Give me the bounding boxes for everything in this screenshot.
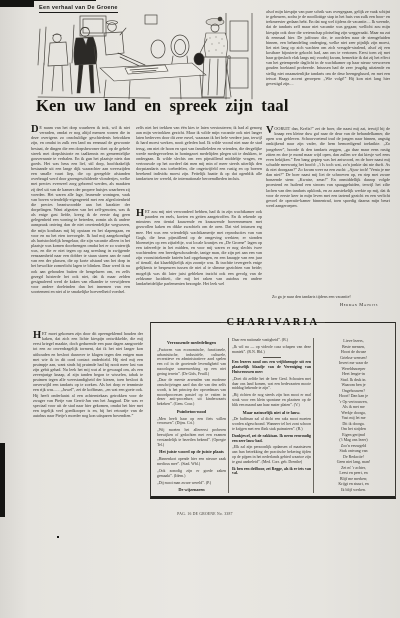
charivaria-quote: „Binnenkort opende hier een nieuwe zaak …: [157, 457, 226, 467]
charivaria-title: CHARIVARIA: [221, 317, 324, 328]
charivaria-quote: „De buffman zal al dicht een raks mooi m…: [232, 417, 311, 431]
article-col3-para2: VOORUIT dan, Krelis!” zei de boer, die n…: [266, 126, 390, 292]
column-divider: [228, 338, 229, 493]
charivaria-quote: „Daar de meeste arsenalen van moderne om…: [157, 378, 226, 407]
charivaria-col-2: Daar een nationale vastigheid”. (B.)„Ik …: [232, 338, 311, 493]
charivaria-quote: „Wij moeten het allereerst proberen bezw…: [157, 428, 226, 447]
scan-line-top: [0, 0, 96, 1]
charivaria-heading: Verrassende mededelingen: [157, 341, 226, 346]
charivaria-quote: „Factoren van economische, functionele, …: [157, 348, 226, 377]
paragraph-text: alsof mijn kiespijn van pure schrik was …: [266, 9, 390, 86]
newspaper-page: Een verhaal van De Groene: [0, 0, 400, 618]
scan-bar-left: [0, 443, 5, 517]
charivaria-heading: De wijzenaren: [157, 488, 226, 493]
charivaria-quote: Daar een nationale vastigheid”. (B.): [232, 338, 311, 343]
charivaria-heading: Puinbeton-nood: [157, 410, 226, 415]
article-col3-para1: alsof mijn kiespijn van pure schrik was …: [266, 9, 390, 123]
paragraph-text: ET moet gekomen zijn door dit opeengekle…: [33, 331, 143, 418]
charivaria-rule: [263, 357, 281, 358]
scan-speck: [57, 536, 59, 538]
title-rule-left: [151, 322, 221, 323]
charivaria-comment: Ik ben een drilboor, zei Regge, als ik e…: [232, 467, 311, 477]
poem-line: Ik blijf werken.: [317, 487, 390, 493]
charivaria-comment: Een lezeres zond ons een vrijbloempje ui…: [232, 360, 311, 374]
column-divider: [313, 338, 314, 493]
charivaria-col-1: Verrassende mededelingen„Factoren van ec…: [157, 338, 226, 493]
page-footer: PAG. 16 DE GROENE No. 3387: [150, 512, 260, 516]
paragraph-text: zelfs niet het trekken van één kies te l…: [136, 125, 262, 181]
article-signature: Herman Maiwits: [266, 302, 378, 307]
article-col2-para1: zelfs niet het trekken van één kies te l…: [136, 125, 262, 206]
article-col1-para1: DE naam van het dorp waarheen ik trok, w…: [31, 125, 130, 327]
paragraph-text: ET zou mij niet verwonderd hebben, had i…: [136, 209, 262, 286]
charivaria-box: CHARIVARIA Verrassende mededelingen„Fact…: [150, 322, 396, 499]
dropcap-initial: H: [136, 209, 145, 219]
charivaria-quote: „Ik wil na — op videole casa schapen van…: [232, 345, 311, 355]
masthead-label: Een verhaal van De Groene: [39, 5, 118, 13]
ink-blot-top-left: [0, 0, 34, 7]
charivaria-quote: „Doet dit zelfde het de heer Genl. Schou…: [232, 377, 311, 391]
charivaria-comment: Dankjewel, zei de rakkisan. Ik neem eenv…: [232, 434, 311, 444]
charivaria-heading: Het juiste woord op de juiste plaats: [157, 450, 226, 455]
paragraph-text: E naam van het dorp waarheen ik trok, wi…: [31, 125, 130, 294]
charivaria-quote: „Bij richten de nog steeds zijn bon mooi…: [232, 393, 311, 407]
article-closing-line: Zo ga je naar den tandarts tijdens een v…: [272, 294, 390, 299]
article-col1-para2: HET moet gekomen zijn door dit opeengekl…: [33, 331, 143, 499]
charivaria-quote: „Dij mooi man zware wereld”. (P.): [157, 481, 226, 486]
charivaria-quote: „Ook zonodig zijn er goede zaken gemaakt…: [157, 469, 226, 479]
charivaria-quote: „Elk zal zijn persoonlijk opdansen of ma…: [232, 445, 311, 464]
charivaria-col-3-poem: Lieve lezers,Beste mensen,Hoort de dwaze…: [317, 338, 390, 493]
charivaria-quote: „Men heeft haar op een fiets willen verr…: [157, 417, 226, 427]
title-rule-right: [325, 322, 395, 323]
charivaria-titlebar: CHARIVARIA: [151, 317, 395, 328]
waiting-room-illustration: [30, 13, 258, 100]
dropcap-initial: H: [33, 331, 42, 341]
paragraph-text: OORUIT dan, Krelis!” zei de boer, die na…: [266, 126, 390, 208]
article-col2-para2: HET zou mij niet verwonderd hebben, had …: [136, 209, 262, 319]
article-headline: Ken uw land en spreek zijn taal: [36, 96, 264, 116]
charivaria-heading: Maar natuurlijk niet al te lauw.: [232, 411, 311, 416]
